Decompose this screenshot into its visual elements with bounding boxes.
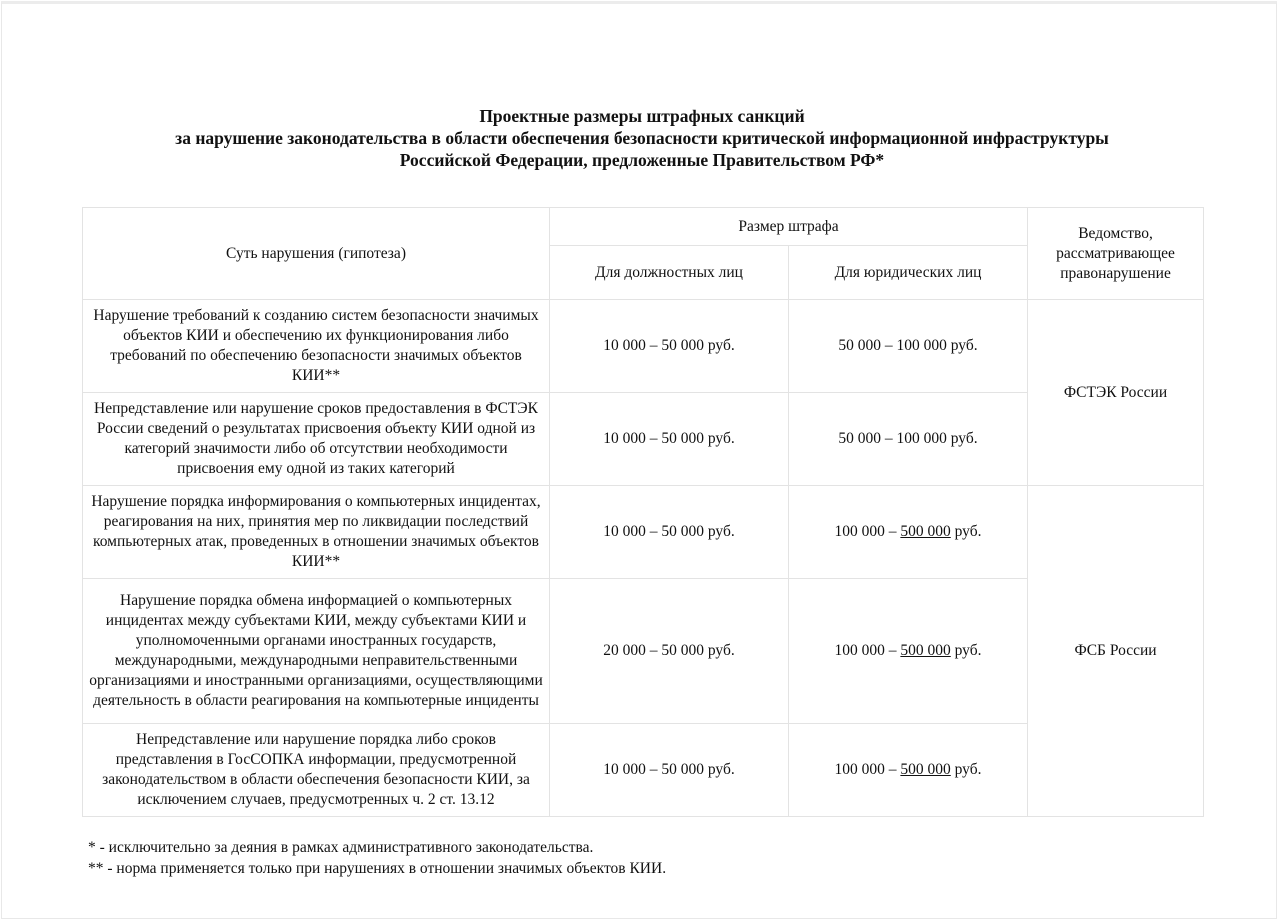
officials-fine-cell: 20 000 – 50 000 руб. [550,579,789,724]
title-line-2: за нарушение законодательства в области … [0,127,1280,149]
legal-fine-cell: 100 000 – 500 000 руб. [789,724,1028,817]
fine-from: 100 000 [835,761,885,778]
fine-unit: руб. [951,761,982,778]
footnote-1: * - исключительно за деяния в рамках адм… [88,837,666,858]
fine-to-underlined: 500 000 [900,523,950,540]
fine-from: 50 000 [838,430,881,447]
fine-dash: – [881,337,897,354]
title-line-1: Проектные размеры штрафных санкций [0,105,1280,127]
agency-cell-fsb: ФСБ России [1028,486,1204,817]
fine-dash: – [885,642,901,659]
footnote-2: ** - норма применяется только при наруше… [88,858,666,879]
fine-unit: руб. [951,642,982,659]
fine-from: 100 000 [835,642,885,659]
officials-fine-cell: 10 000 – 50 000 руб. [550,393,789,486]
violation-cell: Непредставление или нарушение порядка ли… [83,724,550,817]
footnotes: * - исключительно за деяния в рамках адм… [88,837,666,879]
violation-cell: Непредставление или нарушение сроков пре… [83,393,550,486]
officials-fine-cell: 10 000 – 50 000 руб. [550,300,789,393]
legal-fine-cell: 100 000 – 500 000 руб. [789,486,1028,579]
fine-to: 100 000 [897,430,947,447]
header-officials: Для должностных лиц [550,246,789,300]
fine-to-underlined: 500 000 [900,761,950,778]
officials-fine-cell: 10 000 – 50 000 руб. [550,724,789,817]
document-title: Проектные размеры штрафных санкций за на… [0,105,1280,171]
legal-fine-cell: 100 000 – 500 000 руб. [789,579,1028,724]
fine-to: 100 000 [897,337,947,354]
fine-to-underlined: 500 000 [900,642,950,659]
fine-unit: руб. [947,337,978,354]
fine-dash: – [881,430,897,447]
header-row: Суть нарушения (гипотеза) Размер штрафа … [83,208,1204,246]
violation-cell: Нарушение требований к созданию систем б… [83,300,550,393]
fine-from: 50 000 [838,337,881,354]
violation-cell: Нарушение порядка обмена информацией о к… [83,579,550,724]
header-agency: Ведомство, рассматривающее правонарушени… [1028,208,1204,300]
table-row: Нарушение требований к созданию систем б… [83,300,1204,393]
fine-dash: – [885,523,901,540]
officials-fine-cell: 10 000 – 50 000 руб. [550,486,789,579]
violation-cell: Нарушение порядка информирования о компь… [83,486,550,579]
header-fine-size: Размер штрафа [550,208,1028,246]
fine-unit: руб. [947,430,978,447]
agency-cell-fstek: ФСТЭК России [1028,300,1204,486]
legal-fine-cell: 50 000 – 100 000 руб. [789,393,1028,486]
fine-from: 100 000 [835,523,885,540]
fine-unit: руб. [951,523,982,540]
title-line-3: Российской Федерации, предложенные Прави… [0,149,1280,171]
fine-dash: – [885,761,901,778]
table-row: Нарушение порядка информирования о компь… [83,486,1204,579]
header-violation: Суть нарушения (гипотеза) [83,208,550,300]
header-legal-entities: Для юридических лиц [789,246,1028,300]
fines-table: Суть нарушения (гипотеза) Размер штрафа … [82,207,1204,817]
legal-fine-cell: 50 000 – 100 000 руб. [789,300,1028,393]
